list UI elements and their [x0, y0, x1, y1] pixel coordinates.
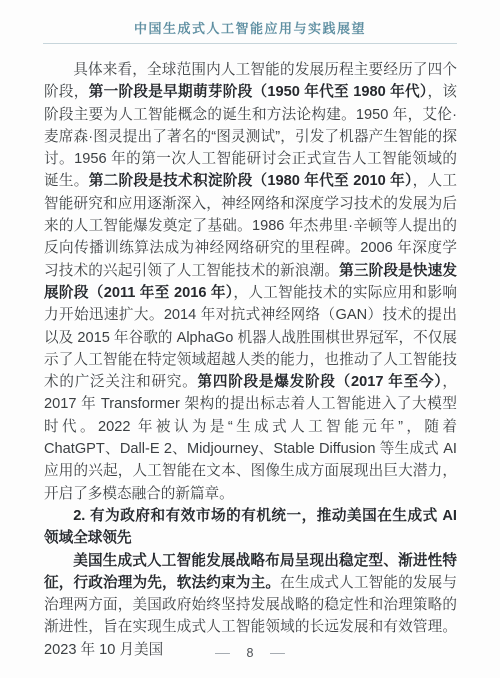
bold-text-segment: 2. 有为政府和有效市场的有机统一，推动美国在生成式 AI 领域全球领先 [44, 508, 457, 546]
bold-text-segment: 第四阶段是爆发阶段（2017 年至今） [198, 374, 443, 390]
section-heading: 2. 有为政府和有效市场的有机统一，推动美国在生成式 AI 领域全球领先 [44, 505, 457, 550]
page-header: 中国生成式人工智能应用与实践展望 [43, 20, 457, 44]
running-title: 中国生成式人工智能应用与实践展望 [134, 20, 366, 38]
footer-dash-left: — [215, 646, 230, 660]
bold-text-segment: 第一阶段是早期萌芽阶段（1950 年代至 1980 年代） [89, 84, 428, 100]
paragraph: 具体来看，全球范围内人工智能的发展历程主要经历了四个阶段，第一阶段是早期萌芽阶段… [44, 59, 457, 505]
header-rule [43, 43, 457, 44]
text-segment: ，2017 年 Transformer 架构的提出标志着人工智能进入了大模型时代… [44, 374, 457, 501]
footer-dash-right: — [270, 646, 285, 660]
bold-text-segment: 第二阶段是技术积淀阶段（1980 年代至 2010 年） [89, 173, 413, 189]
page-footer: — 8 — [0, 646, 500, 660]
document-page: 中国生成式人工智能应用与实践展望 具体来看，全球范围内人工智能的发展历程主要经历… [0, 0, 500, 678]
body-text: 具体来看，全球范围内人工智能的发展历程主要经历了四个阶段，第一阶段是早期萌芽阶段… [44, 59, 457, 661]
paragraph: 美国生成式人工智能发展战略布局呈现出稳定型、渐进性特征，行政治理为先，软法约束为… [44, 550, 457, 661]
page-number: 8 [247, 646, 254, 660]
